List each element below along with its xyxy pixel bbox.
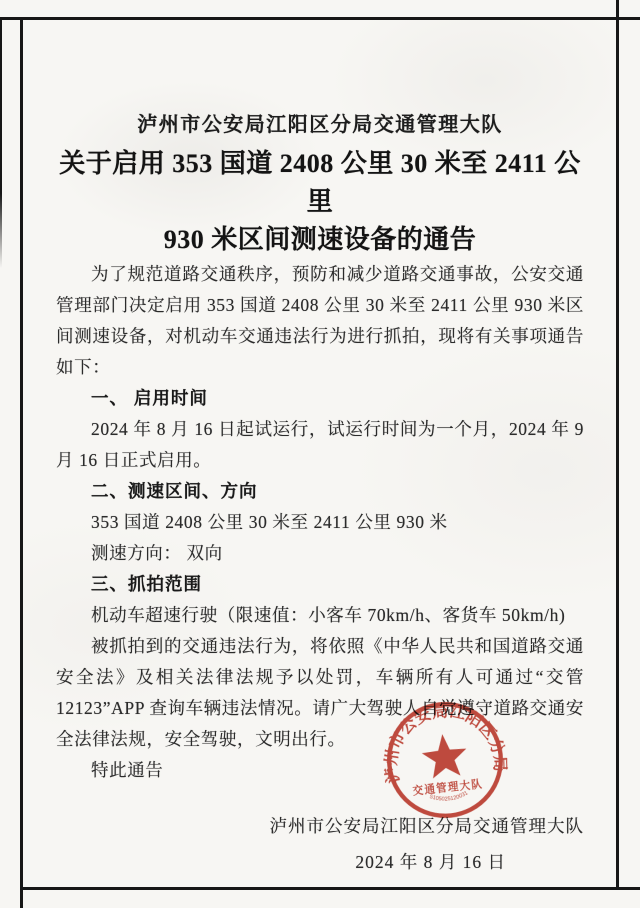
section-3-heading: 三、抓拍范围 <box>56 569 584 600</box>
scanned-notice-page: 泸州市公安局江阳区分局交通管理大队 关于启用 353 国道 2408 公里 30… <box>0 0 640 908</box>
signature-org-name: 泸州市公安局江阳区分局交通管理大队 <box>56 813 584 838</box>
signature-date: 2024 年 8 月 16 日 <box>56 849 584 874</box>
issuing-org-title: 泸州市公安局江阳区分局交通管理大队 <box>56 112 584 138</box>
section-1-paragraph: 2024 年 8 月 16 日起试运行，试运行时间为一个月，2024 年 9 月… <box>56 414 584 476</box>
frame-line-left-edge <box>0 18 2 268</box>
section-2-paragraph-direction: 测速方向： 双向 <box>56 538 584 569</box>
notice-title: 关于启用 353 国道 2408 公里 30 米至 2411 公里 930 米区… <box>56 145 584 259</box>
frame-line-bottom <box>21 887 640 890</box>
section-3-paragraph-penalty: 被抓拍到的交通违法行为，将依照《中华人民共和国道路交通安全法》及相关法律法规予以… <box>56 631 584 755</box>
section-2-heading: 二、测速区间、方向 <box>56 476 584 507</box>
notice-title-line1: 关于启用 353 国道 2408 公里 30 米至 2411 公里 <box>56 145 584 221</box>
closing-phrase: 特此通告 <box>56 755 584 786</box>
section-3-paragraph-limits: 机动车超速行驶（限速值：小客车 70km/h、客货车 50km/h) <box>56 600 584 631</box>
document-page: 泸州市公安局江阳区分局交通管理大队 关于启用 353 国道 2408 公里 30… <box>23 20 616 887</box>
notice-title-line2: 930 米区间测速设备的通告 <box>56 221 584 259</box>
frame-line-right <box>616 0 619 890</box>
section-1-heading: 一、 启用时间 <box>56 383 584 414</box>
intro-paragraph: 为了规范道路交通秩序，预防和减少道路交通事故，公安交通管理部门决定启用 353 … <box>56 259 584 383</box>
section-2-paragraph-range: 353 国道 2408 公里 30 米至 2411 公里 930 米 <box>56 507 584 538</box>
signature-block: 泸州市公安局江阳区分局交通管理大队 2024 年 8 月 16 日 <box>56 813 584 874</box>
notice-body: 为了规范道路交通秩序，预防和减少道路交通事故，公安交通管理部门决定启用 353 … <box>56 259 584 786</box>
